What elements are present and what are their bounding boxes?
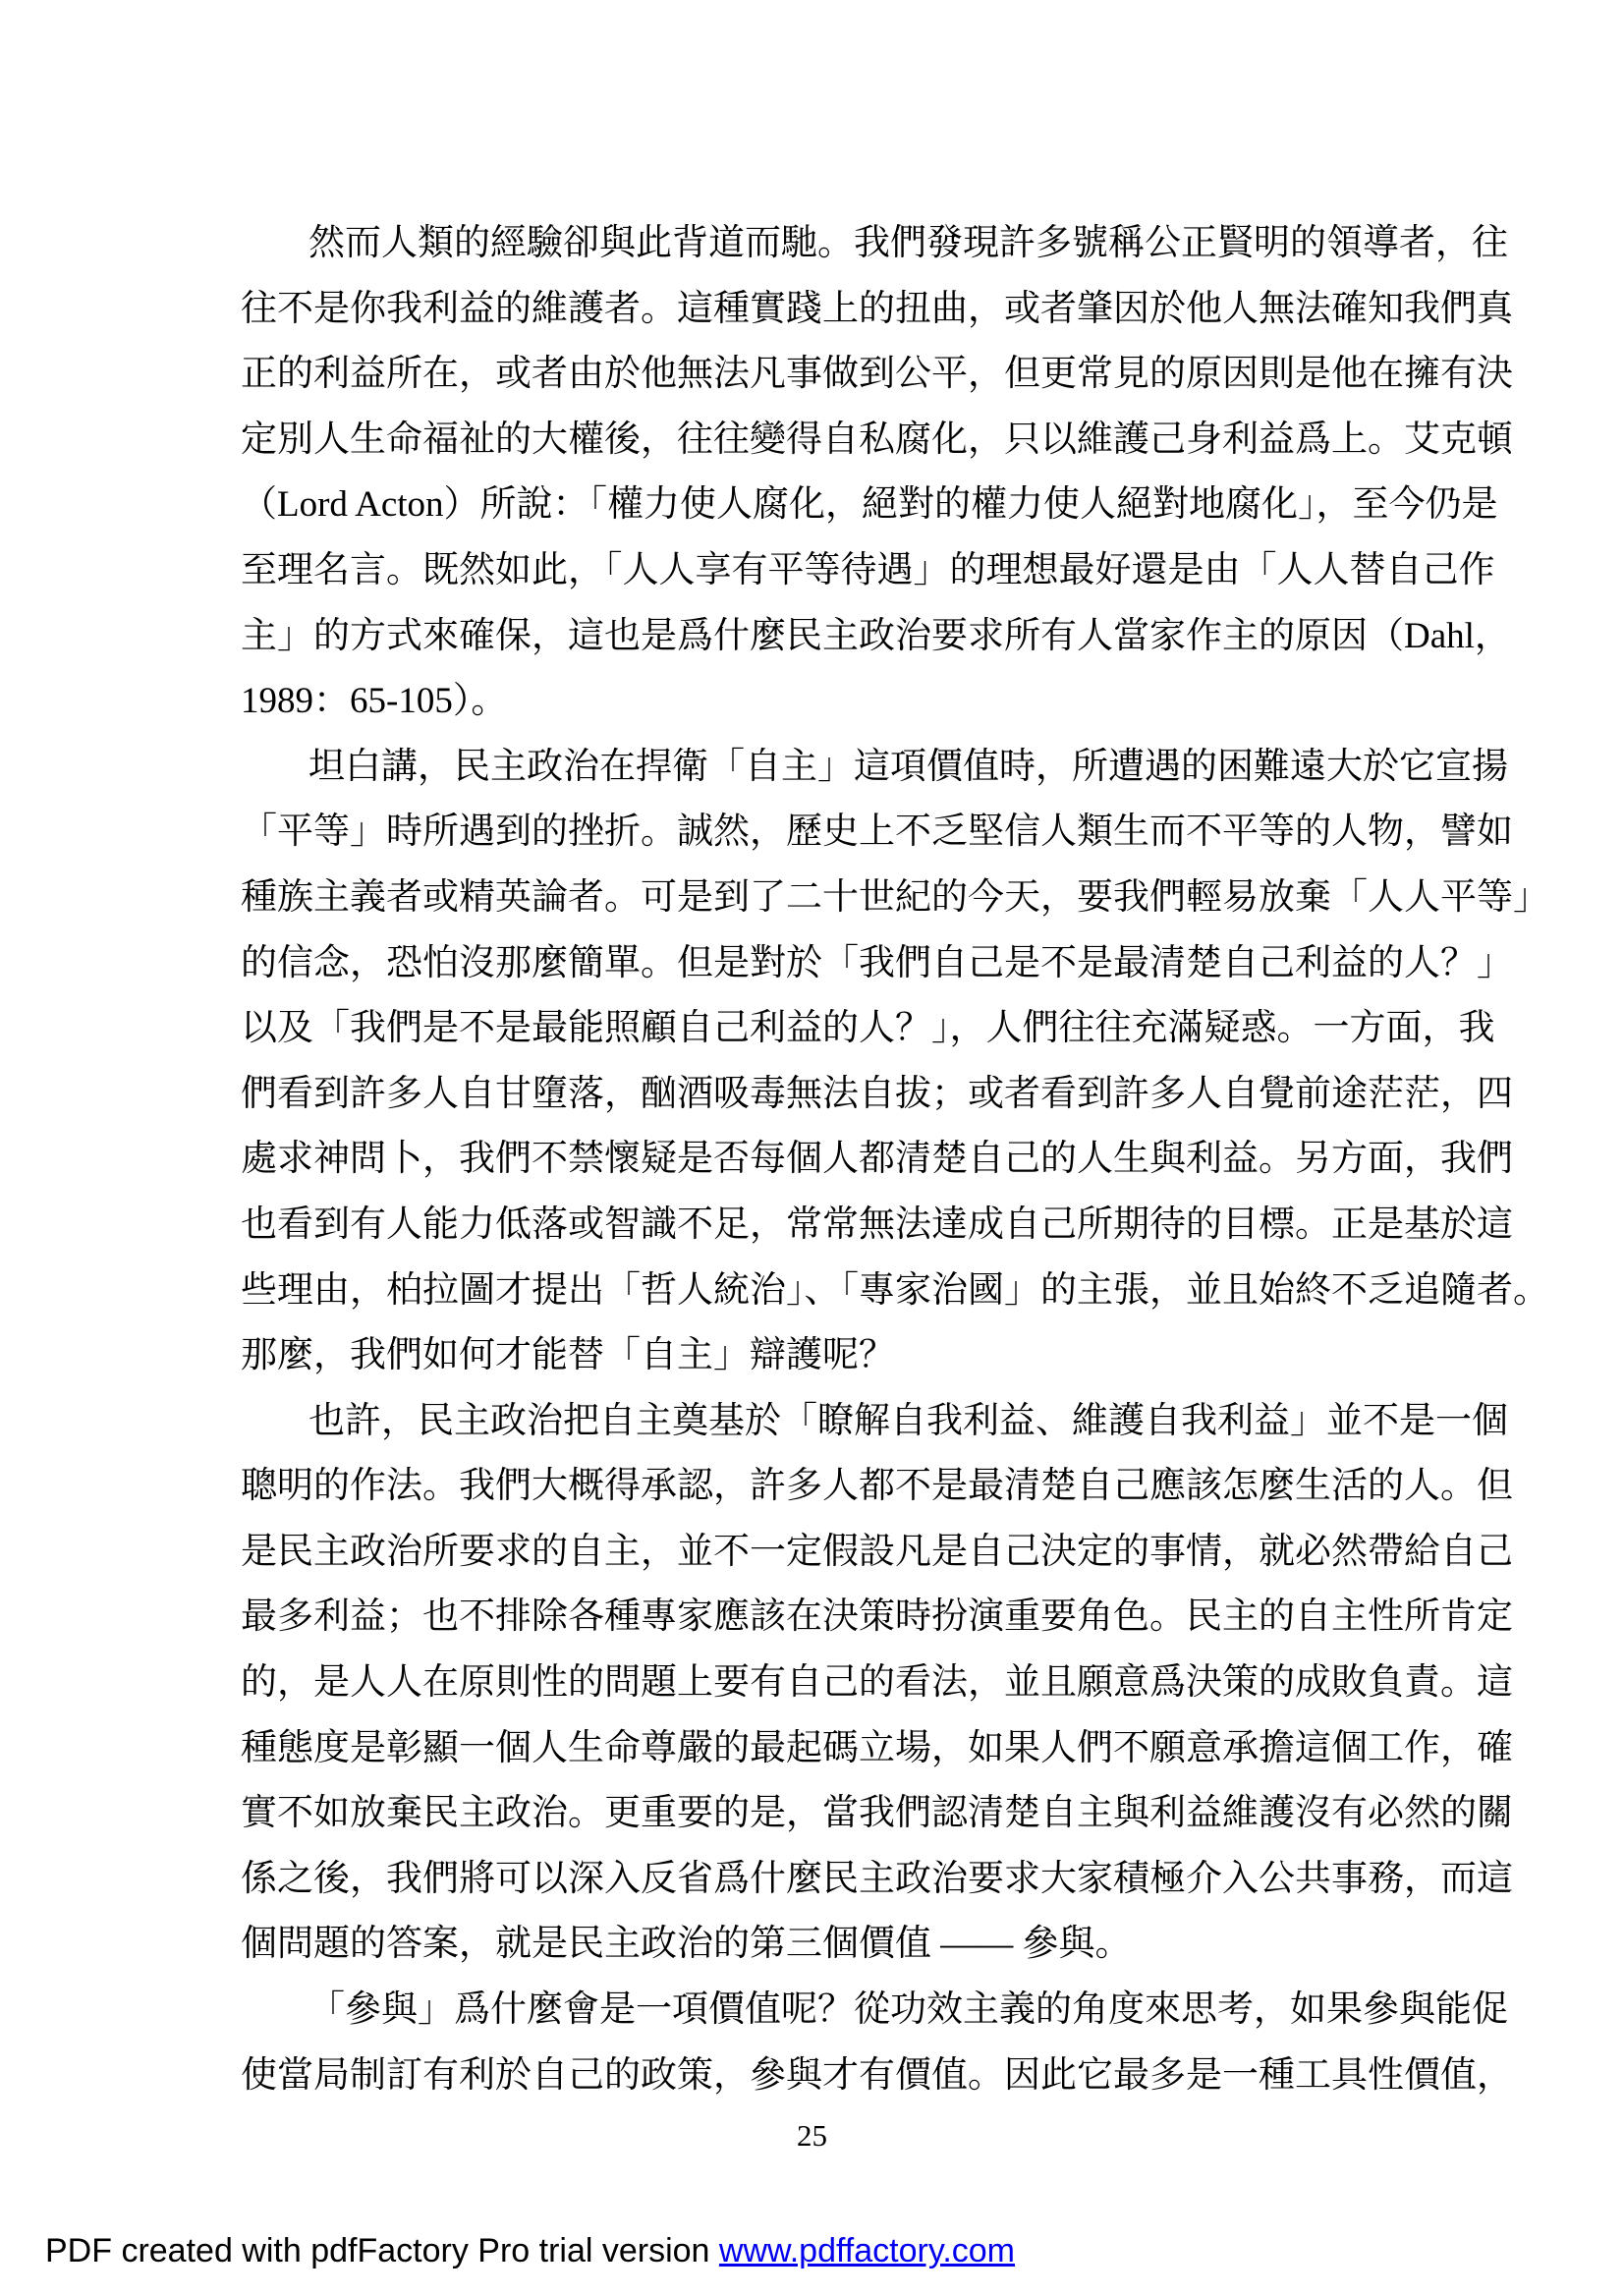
pdf-watermark: PDF created with pdfFactory Pro trial ve… bbox=[45, 2232, 1015, 2270]
text-line: 以及「我們是不是最能照顧自己利益的人？」，人們往往充滿疑惑。一方面，我 bbox=[241, 996, 1383, 1062]
document-page: 然而人類的經驗卻與此背道而馳。我們發現許多號稱公正賢明的領導者，往往不是你我利益… bbox=[0, 0, 1624, 2296]
text-line: 係之後，我們將可以深入反省爲什麼民主政治要求大家積極介入公共事務，而這 bbox=[241, 1847, 1383, 1913]
text-line: 正的利益所在，或者由於他無法凡事做到公平，但更常見的原因則是他在擁有決 bbox=[241, 342, 1383, 408]
pdffactory-link[interactable]: www.pdffactory.com bbox=[719, 2232, 1015, 2269]
watermark-text: PDF created with pdfFactory Pro trial ve… bbox=[45, 2232, 719, 2269]
text-line: 使當局制訂有利於自己的政策，參與才有價值。因此它最多是一種工具性價值， bbox=[241, 2044, 1383, 2109]
text-line: 是民主政治所要求的自主，並不一定假設凡是自己決定的事情，就必然帶給自己 bbox=[241, 1520, 1383, 1586]
text-line: 坦白講，民主政治在捍衛「自主」這項價值時，所遭遇的困難遠大於它宣揚 bbox=[241, 735, 1383, 801]
text-line: 也看到有人能力低落或智識不足，常常無法達成自己所期待的目標。正是基於這 bbox=[241, 1193, 1383, 1259]
text-line: 往不是你我利益的維護者。這種實踐上的扭曲，或者肇因於他人無法確知我們真 bbox=[241, 277, 1383, 343]
text-line: 實不如放棄民主政治。更重要的是，當我們認清楚自主與利益維護沒有必然的關 bbox=[241, 1781, 1383, 1847]
text-line: 也許，民主政治把自主奠基於「瞭解自我利益、維護自我利益」並不是一個 bbox=[241, 1389, 1383, 1455]
text-line: 然而人類的經驗卻與此背道而馳。我們發現許多號稱公正賢明的領導者，往 bbox=[241, 211, 1383, 277]
text-line: 定別人生命福祉的大權後，往往變得自私腐化，只以維護己身利益爲上。艾克頓 bbox=[241, 408, 1383, 474]
text-line: 們看到許多人自甘墮落，酗酒吸毒無法自拔；或者看到許多人自覺前途茫茫，四 bbox=[241, 1062, 1383, 1128]
text-line: 的，是人人在原則性的問題上要有自己的看法，並且願意爲決策的成敗負責。這 bbox=[241, 1651, 1383, 1716]
text-line: 種態度是彰顯一個人生命尊嚴的最起碼立場，如果人們不願意承擔這個工作，確 bbox=[241, 1716, 1383, 1782]
text-line: 「平等」時所遇到的挫折。誠然，歷史上不乏堅信人類生而不平等的人物，譬如 bbox=[241, 800, 1383, 866]
text-line: 最多利益；也不排除各種專家應該在決策時扮演重要角色。民主的自主性所肯定 bbox=[241, 1585, 1383, 1651]
text-line: 處求神問卜，我們不禁懷疑是否每個人都清楚自己的人生與利益。另方面，我們 bbox=[241, 1127, 1383, 1193]
text-line: 至理名言。既然如此，「人人享有平等待遇」的理想最好還是由「人人替自己作 bbox=[241, 538, 1383, 604]
text-line: 個問題的答案，就是民主政治的第三個價值 —— 參與。 bbox=[241, 1912, 1383, 1978]
text-line: 「參與」爲什麼會是一項價值呢？從功效主義的角度來思考，如果參與能促 bbox=[241, 1978, 1383, 2044]
text-line: （Lord Acton）所說：「權力使人腐化，絕對的權力使人絕對地腐化」，至今仍… bbox=[241, 473, 1383, 538]
text-line: 那麼，我們如何才能替「自主」辯護呢？ bbox=[241, 1323, 1383, 1389]
page-number: 25 bbox=[0, 2118, 1624, 2154]
text-line: 聰明的作法。我們大概得承認，許多人都不是最清楚自己應該怎麼生活的人。但 bbox=[241, 1454, 1383, 1520]
text-line: 的信念，恐怕沒那麼簡單。但是對於「我們自己是不是最清楚自己利益的人？」 bbox=[241, 931, 1383, 997]
body-text: 然而人類的經驗卻與此背道而馳。我們發現許多號稱公正賢明的領導者，往往不是你我利益… bbox=[241, 211, 1383, 2108]
text-line: 1989：65-105）。 bbox=[241, 669, 1383, 735]
text-line: 些理由，柏拉圖才提出「哲人統治」、「專家治國」的主張，並且始終不乏追隨者。 bbox=[241, 1259, 1383, 1324]
text-line: 主」的方式來確保，這也是爲什麼民主政治要求所有人當家作主的原因（Dahl， bbox=[241, 604, 1383, 670]
text-line: 種族主義者或精英論者。可是到了二十世紀的今天，要我們輕易放棄「人人平等」 bbox=[241, 866, 1383, 931]
